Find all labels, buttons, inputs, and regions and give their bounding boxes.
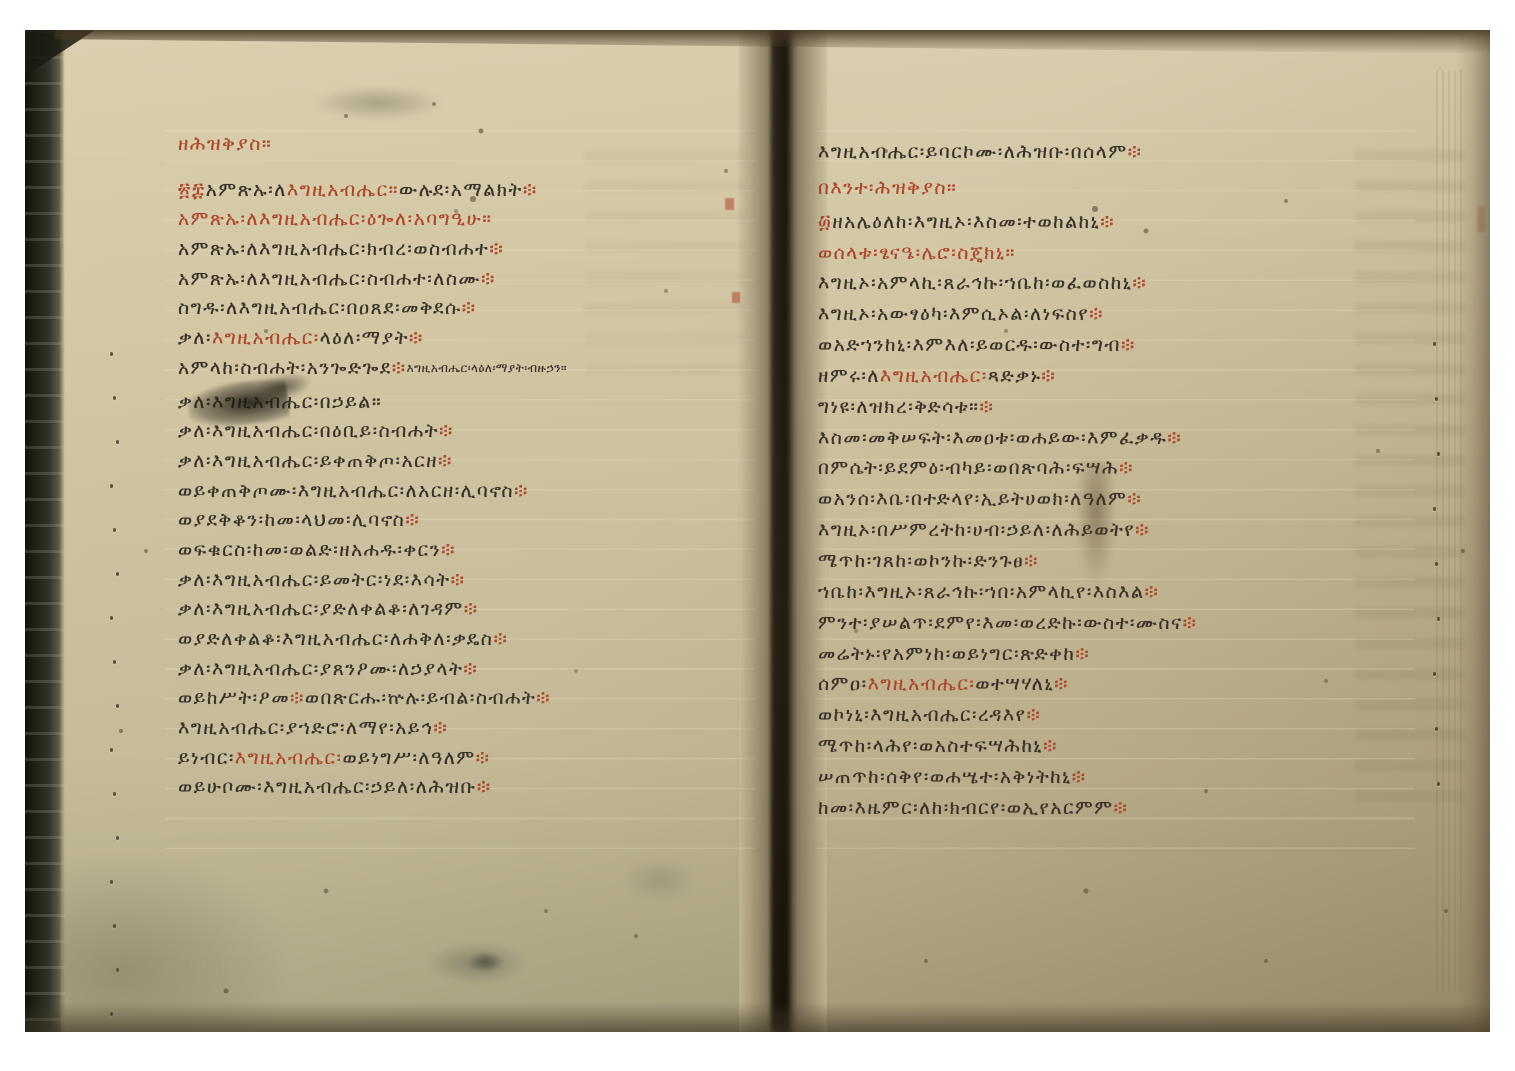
body-text: ስግዱ፡ለእግዚአብሔር፡በዐጸደ፡መቅደሱ	[178, 297, 462, 319]
body-text: ቃለ፡እግዚአብሔር፡ይቀጠቅጦ፡አርዘ	[178, 450, 438, 472]
rubric-text: ፨	[1089, 303, 1104, 325]
text-line: አምጽኡ፡ለእግዚአብሔር፡ስብሐተ፡ለስሙ፨	[178, 269, 778, 299]
rubric-text: ፨	[476, 747, 491, 769]
rubric-text: ፨	[1135, 519, 1150, 541]
pricking-hole	[116, 704, 119, 708]
body-text: ወይከሥት፡ዖመ	[178, 687, 290, 709]
body-text: ጻድቃኑ	[988, 365, 1042, 387]
text-line: ወይሁቦሙ፡እግዚአብሔር፡ኃይለ፡ለሕዝቡ፨	[178, 777, 778, 807]
pricking-hole	[110, 484, 113, 488]
text-line: ይነብር፡እግዚአብሔር፡ወይነግሥ፡ለዓለም፨	[178, 748, 778, 778]
rubric-text: ፨	[1043, 735, 1058, 757]
body-text: ዘአሌዕለከ፡እግዚኦ፡እስመ፡ተወከልከኒ	[832, 211, 1100, 233]
rubric-text: እግዚአብሔር፡	[212, 327, 320, 349]
text-line: ወፍቁርስ፡ከመ፡ወልድ፡ዘአሐዱ፡ቀርን፨	[178, 540, 778, 570]
rubric-text: ዘሕዝቅያስ።	[178, 133, 272, 155]
body-text: ኀቤከ፡እግዚኦ፡ጸራኅኩ፡ኀበ፡አምላኪየ፡እስእል	[818, 581, 1145, 603]
pricking-hole	[113, 660, 116, 664]
body-text: ከመ፡እዜምር፡ለከ፡ክብርየ፡ወኢየአርምም	[818, 797, 1113, 819]
rubric-text: ፨	[1026, 704, 1041, 726]
body-text: ውሉደ፡አማልክት	[399, 179, 523, 201]
text-line: አምጽኡ፡ለእግዚአብሔር፡ክብረ፡ወስብሐተ፨	[178, 239, 778, 269]
rubric-text: ፨	[1075, 643, 1090, 665]
rubric-text: ፨	[1183, 612, 1198, 634]
body-text: ቃለ፡	[178, 327, 212, 349]
text-line: ሜጥከ፡ላሕየ፡ወአስተፍሣሕከኒ፨	[818, 736, 1438, 767]
body-text: ወይሁቦሙ፡እግዚአብሔር፡ኃይለ፡ለሕዝቡ	[178, 776, 477, 798]
text-line: ከመ፡እዜምር፡ለከ፡ክብርየ፡ወኢየአርምም፨	[818, 798, 1438, 829]
body-text: አምጽኡ፡ለእግዚአብሔር፡ክብረ፡ወስብሐተ	[178, 238, 489, 260]
text-line: በምሴት፡ይደምዕ፡ብካይ፡ወበጽባሕ፡ፍሣሕ፨	[818, 458, 1438, 489]
pricking-hole	[110, 352, 113, 356]
manuscript-scan: ዘሕዝቅያስ።፳፰አምጽኡ፡ለእግዚአብሔር።ውሉደ፡አማልክት፨አምጽኡ፡ለእ…	[0, 0, 1515, 1071]
body-text: እግዚኦ፡አውፃዕካ፡እምሲኦል፡ለነፍስየ	[818, 303, 1089, 325]
text-line: እግዚኦ፡አውፃዕካ፡እምሲኦል፡ለነፍስየ፨	[818, 304, 1438, 335]
text-line: ቃለ፡እግዚአብሔር፡ላዕለ፡ማያት፨	[178, 328, 778, 358]
rubric-text: በእንተ፡ሕዝቅያስ።	[818, 177, 957, 199]
book-bottom-edge	[25, 1002, 1490, 1032]
text-line: ወሰላቱ፡ፄናዔ፡ሌሮ፡ስጄክኒ።	[818, 243, 1438, 274]
page-edges	[1436, 70, 1466, 992]
body-text: ወፍቁርስ፡ከመ፡ወልድ፡ዘአሐዱ፡ቀርን	[178, 539, 441, 561]
body-text: በምሴት፡ይደምዕ፡ብካይ፡ወበጽባሕ፡ፍሣሕ	[818, 457, 1119, 479]
body-text: እስመ፡መቅሠፍት፡እመዐቱ፡ወሐይው፡እምፈቃዱ	[818, 427, 1167, 449]
text-line: እግዚአብሔር፡ይባርኮሙ፡ለሕዝቡ፡በሰላም፨	[818, 142, 1438, 173]
rubric-text: እግዚአብሔር፡	[880, 365, 988, 387]
stain	[1077, 462, 1115, 582]
book-cover-edge	[25, 30, 65, 1032]
body-text: ቃለ፡እግዚአብሔር፡ይመትር፡ነደ፡እሳት	[178, 569, 451, 591]
rubric-text: ፨	[290, 687, 305, 709]
body-text: ምንተ፡ያሠልጥ፡ደምየ፡እመ፡ወረድኩ፡ውስተ፡ሙስና	[818, 612, 1183, 634]
rubric-text: ፨	[1024, 550, 1039, 572]
right-page-text: እግዚአብሔር፡ይባርኮሙ፡ለሕዝቡ፡በሰላም፨በእንተ፡ሕዝቅያስ።፴ዘአሌዕ…	[818, 142, 1438, 829]
text-line: ወአንሰ፡እቤ፡በተድላየ፡ኢይትሀወክ፡ለዓለም፨	[818, 489, 1438, 520]
rubric-text: ፨	[481, 268, 496, 290]
text-line: ወአድኀንከኒ፡እምእለ፡ይወርዱ፡ውስተ፡ግብ፨	[818, 335, 1438, 366]
text-line: ምንተ፡ያሠልጥ፡ደምየ፡እመ፡ወረድኩ፡ውስተ፡ሙስና፨	[818, 613, 1438, 644]
text-line: ሠጠጥከ፡ሰቅየ፡ወሐሤተ፡አቅነትከኒ፨	[818, 767, 1438, 798]
pricking-hole	[110, 748, 113, 752]
rubric-text: ፨	[1127, 488, 1142, 510]
body-text: አምጽኡ፡ለ	[206, 179, 287, 201]
book-gutter-shadow	[771, 30, 789, 1032]
rubric-text: ፨	[464, 598, 479, 620]
text-line: እግዚኦ፡በሥምረትከ፡ሀብ፡ኃይለ፡ለሕይወትየ፨	[818, 520, 1438, 551]
rubric-text: ፨	[1072, 766, 1087, 788]
rubric-text: ፨	[1121, 334, 1136, 356]
rubric-text: እግዚአብሔር።	[287, 179, 399, 201]
text-line: ግነዩ፡ለዝክረ፡ቅድሳቱ።፨	[818, 397, 1438, 428]
text-line: ኀቤከ፡እግዚኦ፡ጸራኅኩ፡ኀበ፡አምላኪየ፡እስእል፨	[818, 582, 1438, 613]
text-line: ቃለ፡እግዚአብሔር፡በዕቢይ፡ስብሐት፨	[178, 421, 778, 451]
pricking-hole	[116, 440, 119, 444]
rubric-text: ፨	[477, 776, 492, 798]
text-line: እግዚአብሔር፡ያኀድሮ፡ለማየ፡አይኅ፨	[178, 718, 778, 748]
text-line: በእንተ፡ሕዝቅያስ።	[818, 178, 1438, 209]
pricking-hole	[110, 616, 113, 620]
rubric-text: ፨	[523, 179, 538, 201]
text-line: ወያደቅቆን፡ከመ፡ላህመ፡ሊባኖስ፨	[178, 510, 778, 540]
body-text: ቃለ፡እግዚአብሔር፡ያድለቀልቆ፡ለገዳም	[178, 598, 464, 620]
body-text: መሬትኑ፡የአምነከ፡ወይነግር፡ጽድቀከ	[818, 643, 1075, 665]
text-line: ዘሕዝቅያስ።	[178, 134, 778, 164]
rubric-text: ፨	[439, 420, 454, 442]
rubric-text: ፨	[493, 628, 508, 650]
rubric-text: ፨	[1113, 797, 1128, 819]
text-line: ወይቀጠቅጦሙ፡እግዚአብሔር፡ለአርዘ፡ሊባኖስ፨	[178, 481, 778, 511]
text-line: ወያድለቀልቆ፡እግዚአብሔር፡ለሐቅለ፡ቃዴስ፨	[178, 629, 778, 659]
rubric-text: ፨	[1132, 272, 1147, 294]
body-text: እግዚኦ፡አምላኪ፡ጸራኅኩ፡ኀቤከ፡ወፈወስከኒ	[818, 272, 1132, 294]
pricking-hole	[113, 792, 116, 796]
body-text: ሜጥከ፡ላሕየ፡ወአስተፍሣሕከኒ	[818, 735, 1043, 757]
text-line: ቃለ፡እግዚአብሔር፡ያጸንዖሙ፡ለኃያላት፨	[178, 659, 778, 689]
text-line: እግዚኦ፡አምላኪ፡ጸራኅኩ፡ኀቤከ፡ወፈወስከኒ፨	[818, 273, 1438, 304]
text-line: ቃለ፡እግዚአብሔር፡ይቀጠቅጦ፡አርዘ፨	[178, 451, 778, 481]
left-page-text: ዘሕዝቅያስ።፳፰አምጽኡ፡ለእግዚአብሔር።ውሉደ፡አማልክት፨አምጽኡ፡ለእ…	[178, 134, 778, 807]
rubric-text: ፨	[405, 509, 420, 531]
text-line: ዘምሩ፡ለእግዚአብሔር፡ጻድቃኑ፨	[818, 366, 1438, 397]
body-text: ይነብር፡	[178, 747, 235, 769]
rubric-text: ፨	[438, 450, 453, 472]
pricking-hole	[116, 836, 119, 840]
rubric-text: ፨	[463, 658, 478, 680]
pricking-hole	[113, 396, 116, 400]
text-line: መሬትኑ፡የአምነከ፡ወይነግር፡ጽድቀከ፨	[818, 644, 1438, 675]
rubric-text: ፨	[1167, 427, 1182, 449]
rubric-text: ወሰላቱ፡ፄናዔ፡ሌሮ፡ስጄክኒ።	[818, 242, 1016, 264]
body-text: ግነዩ፡ለዝክረ፡ቅድሳቱ።	[818, 396, 980, 418]
text-line: ወኮነኒ፡እግዚአብሔር፡ረዳእየ፨	[818, 705, 1438, 736]
text-line: ቃለ፡እግዚአብሔር፡ይመትር፡ነደ፡እሳት፨	[178, 570, 778, 600]
red-margin-mark	[725, 198, 734, 210]
stain	[469, 952, 503, 972]
rubric-text: ፨	[392, 357, 407, 379]
body-text: እግዚአብሔር፡ይባርኮሙ፡ለሕዝቡ፡በሰላም	[818, 141, 1128, 163]
rubric-text: ፨	[489, 238, 504, 260]
text-line: አምጽኡ፡ለእግዚአብሔር፡ዕጐለ፡አባግዒሁ።	[178, 209, 778, 239]
body-text: ወተሣሃለኒ	[975, 673, 1054, 695]
rubric-text: ፨	[462, 297, 477, 319]
body-text: ወኮነኒ፡እግዚአብሔር፡ረዳእየ	[818, 704, 1026, 726]
rubric-text: ፳፰	[178, 179, 206, 201]
rubric-text: ፨	[433, 717, 448, 739]
pricking-hole	[116, 572, 119, 576]
text-line: ቃለ፡እግዚአብሔር፡ያድለቀልቆ፡ለገዳም፨	[178, 599, 778, 629]
body-text: ወያድለቀልቆ፡እግዚአብሔር፡ለሐቅለ፡ቃዴስ	[178, 628, 493, 650]
body-text: ወይቀጠቅጦሙ፡እግዚአብሔር፡ለአርዘ፡ሊባኖስ	[178, 480, 514, 502]
rubric-text: ፨	[980, 396, 995, 418]
rubric-text: እግዚአብሔር፡	[868, 673, 976, 695]
text-line: እስመ፡መቅሠፍት፡እመዐቱ፡ወሐይው፡እምፈቃዱ፨	[818, 428, 1438, 459]
body-text: ወአድኀንከኒ፡እምእለ፡ይወርዱ፡ውስተ፡ግብ	[818, 334, 1121, 356]
rubric-text: እግዚአብሔር፡	[235, 747, 343, 769]
text-line: ሰምዐ፡እግዚአብሔር፡ወተሣሃለኒ፨	[818, 674, 1438, 705]
pricking-hole	[113, 528, 116, 532]
body-text: ሠጠጥከ፡ሰቅየ፡ወሐሤተ፡አቅነትከኒ	[818, 766, 1072, 788]
text-line: ፳፰አምጽኡ፡ለእግዚአብሔር።ውሉደ፡አማልክት፨	[178, 180, 778, 210]
body-text: አምጽኡ፡ለእግዚአብሔር፡ስብሐተ፡ለስሙ	[178, 268, 481, 290]
stain	[313, 86, 443, 120]
body-text: ላዕለ፡ማያት	[320, 327, 409, 349]
rubric-text: ፨	[409, 327, 424, 349]
body-text: እግዚአብሔር፡ላዕለ፡ማያት፡ብዙኃን።	[407, 361, 568, 375]
rubric-text: ፨	[1128, 141, 1143, 163]
rubric-text: ፨	[1145, 581, 1160, 603]
rubric-text: ፨	[1054, 673, 1069, 695]
book-photo: ዘሕዝቅያስ።፳፰አምጽኡ፡ለእግዚአብሔር።ውሉደ፡አማልክት፨አምጽኡ፡ለእ…	[25, 30, 1490, 1032]
rubric-text: አምጽኡ፡ለእግዚአብሔር፡ዕጐለ፡አባግዒሁ።	[178, 208, 493, 230]
body-text: እግዚአብሔር፡ያኀድሮ፡ለማየ፡አይኅ	[178, 717, 433, 739]
text-line: ወይከሥት፡ዖመ፨ወበጽርሑ፡ኵሉ፡ይብል፡ስብሐት፨	[178, 688, 778, 718]
body-text: ወበጽርሑ፡ኵሉ፡ይብል፡ስብሐት	[305, 687, 536, 709]
text-line: ፴ዘአሌዕለከ፡እግዚኦ፡እስመ፡ተወከልከኒ፨	[818, 212, 1438, 243]
rubric-text: ፨	[536, 687, 551, 709]
rubric-text: ፨	[1041, 365, 1056, 387]
text-line: ስግዱ፡ለእግዚአብሔር፡በዐጸደ፡መቅደሱ፨	[178, 298, 778, 328]
body-text: ወያደቅቆን፡ከመ፡ላህመ፡ሊባኖስ	[178, 509, 405, 531]
rubric-text: ፨	[1119, 457, 1134, 479]
rubric-text: ፨	[451, 569, 466, 591]
rubric-text: ፨	[441, 539, 456, 561]
text-line: ሜጥከ፡ገጸከ፡ወኮንኩ፡ድንጉፀ፨	[818, 551, 1438, 582]
body-text: ሜጥከ፡ገጸከ፡ወኮንኩ፡ድንጉፀ	[818, 550, 1024, 572]
rubric-text: ፨	[514, 480, 529, 502]
body-text: ቃለ፡እግዚአብሔር፡ያጸንዖሙ፡ለኃያላት	[178, 658, 463, 680]
stain	[625, 860, 695, 900]
rubric-text: ፨	[1100, 211, 1115, 233]
body-text: ወይነግሥ፡ለዓለም	[343, 747, 476, 769]
